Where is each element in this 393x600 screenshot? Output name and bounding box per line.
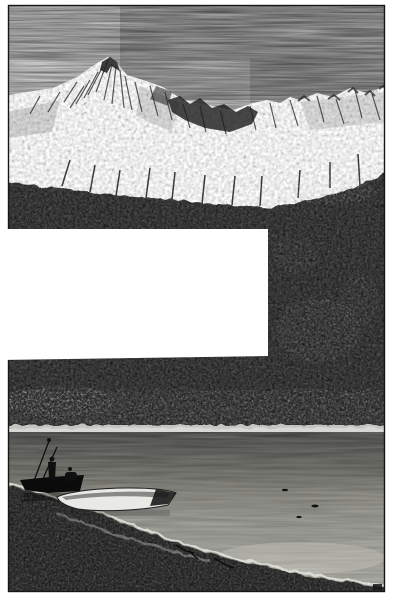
standing-figure-head [50,457,55,462]
seated-figure-body [65,472,77,481]
bird-3 [296,516,301,518]
printer-mark [373,584,382,590]
book-page: 2 [0,0,393,600]
hillside-light-mottle-2 [271,237,319,273]
pole-tip [47,438,51,442]
seated-figure-head [68,467,72,471]
bird-1 [282,489,288,492]
standing-figure-body [48,462,56,479]
engraving-illustration: 2 [0,0,393,600]
text-cutout [0,229,268,360]
sky-upper-streaks [8,5,385,60]
grassy-bank-left [5,386,115,418]
bird-2 [311,505,318,508]
hillside-light-mottle-3 [340,274,380,326]
snow-patch-in-forest [285,180,375,204]
plate-mark: 2 [10,584,15,593]
